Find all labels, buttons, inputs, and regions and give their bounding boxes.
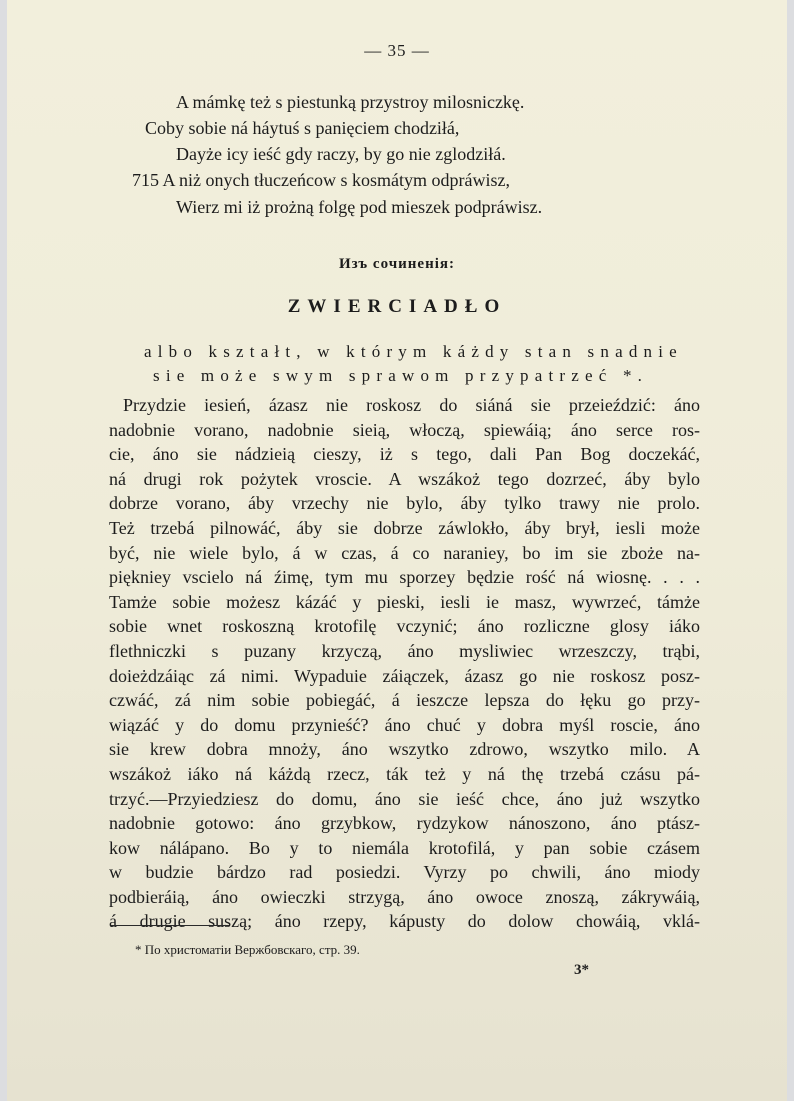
prose-paragraph: Przydzie iesień, ázasz nie roskosz do si… xyxy=(109,393,700,934)
footnote: * По христоматіи Вержбовскаго, стр. 39. xyxy=(135,942,360,958)
line-number: 715 xyxy=(132,170,159,190)
signature-mark: 3* xyxy=(574,962,589,979)
prose-line: kow nálápano. Bo y to niemála krotofilá,… xyxy=(109,836,700,861)
subtitle-line: albo kształt, w którym káżdy stan snadni… xyxy=(144,342,704,362)
prose-line: w budzie bárdzo rad posiedzi. Vyrzy po c… xyxy=(109,860,700,885)
verse-line: 715 A niż onych tłuczeńcow s kosmátym od… xyxy=(132,168,510,193)
footnote-divider xyxy=(111,925,229,926)
prose-line: wszákoż iáko ná káżdą rzecz, ták też y n… xyxy=(109,762,700,787)
prose-line: ná drugi rok pożytek vroscie. A wszákoż … xyxy=(109,467,700,492)
prose-line: nadobnie vorano, nadobnie sieią, włoczą,… xyxy=(109,418,700,443)
prose-line: trzyć.—Przyiedziesz do domu, áno sie ieś… xyxy=(109,787,700,812)
source-heading: Изъ сочиненія: xyxy=(0,256,794,273)
prose-line: być, nie wiele bylo, á w czas, á co nara… xyxy=(109,541,700,566)
prose-line: doieżdzáiąc zá nimi. Wypaduie záiączek, … xyxy=(109,664,700,689)
prose-line: czwáć, zá nim sobie pobiegáć, á ieszcze … xyxy=(109,688,700,713)
page-number: — 35 — xyxy=(0,41,794,61)
prose-line: Przydzie iesień, ázasz nie roskosz do si… xyxy=(109,393,700,418)
prose-line: á drugie suszą; áno rzepy, kápusty do do… xyxy=(109,909,700,934)
prose-line: dobrze vorano, áby vrzechy nie bylo, áby… xyxy=(109,491,700,516)
prose-line: cie, áno sie nádzieią cieszy, iż s tego,… xyxy=(109,442,700,467)
verse-line: Dayże icy ieść gdy raczy, by go nie zglo… xyxy=(176,142,506,167)
verse-line: Wierz mi iż prożną folgę pod mieszek pod… xyxy=(176,195,542,220)
prose-line: podbieráią, áno owieczki strzygą, áno ow… xyxy=(109,885,700,910)
subtitle-line: sie może swym sprawom przypatrzeć *. xyxy=(153,366,713,386)
prose-line: wiązáć y do domu przynieść? áno chuć y d… xyxy=(109,713,700,738)
prose-line: sie krew dobra mnoży, áno wszytko zdrowo… xyxy=(109,737,700,762)
prose-line: nadobnie gotowo: áno grzybkow, rydzykow … xyxy=(109,811,700,836)
prose-line: sobie wnet roskoszną krotofilę vczynić; … xyxy=(109,614,700,639)
verse-line: Coby sobie ná háytuś s panięciem chodził… xyxy=(145,116,459,141)
prose-line: flethniczki s puzany krzyczą, áno mysliw… xyxy=(109,639,700,664)
prose-line: Tamże sobie możesz kázáć y pieski, iesli… xyxy=(109,590,700,615)
prose-line: Też trzebá pilnowáć, áby sie dobrze záwl… xyxy=(109,516,700,541)
prose-line: piękniey vscielo ná źimę, tym mu sporzey… xyxy=(109,565,700,590)
section-title: ZWIERCIADŁO xyxy=(0,296,794,318)
verse-line: A mámkę też s piestunką przystroy milosn… xyxy=(176,90,524,115)
